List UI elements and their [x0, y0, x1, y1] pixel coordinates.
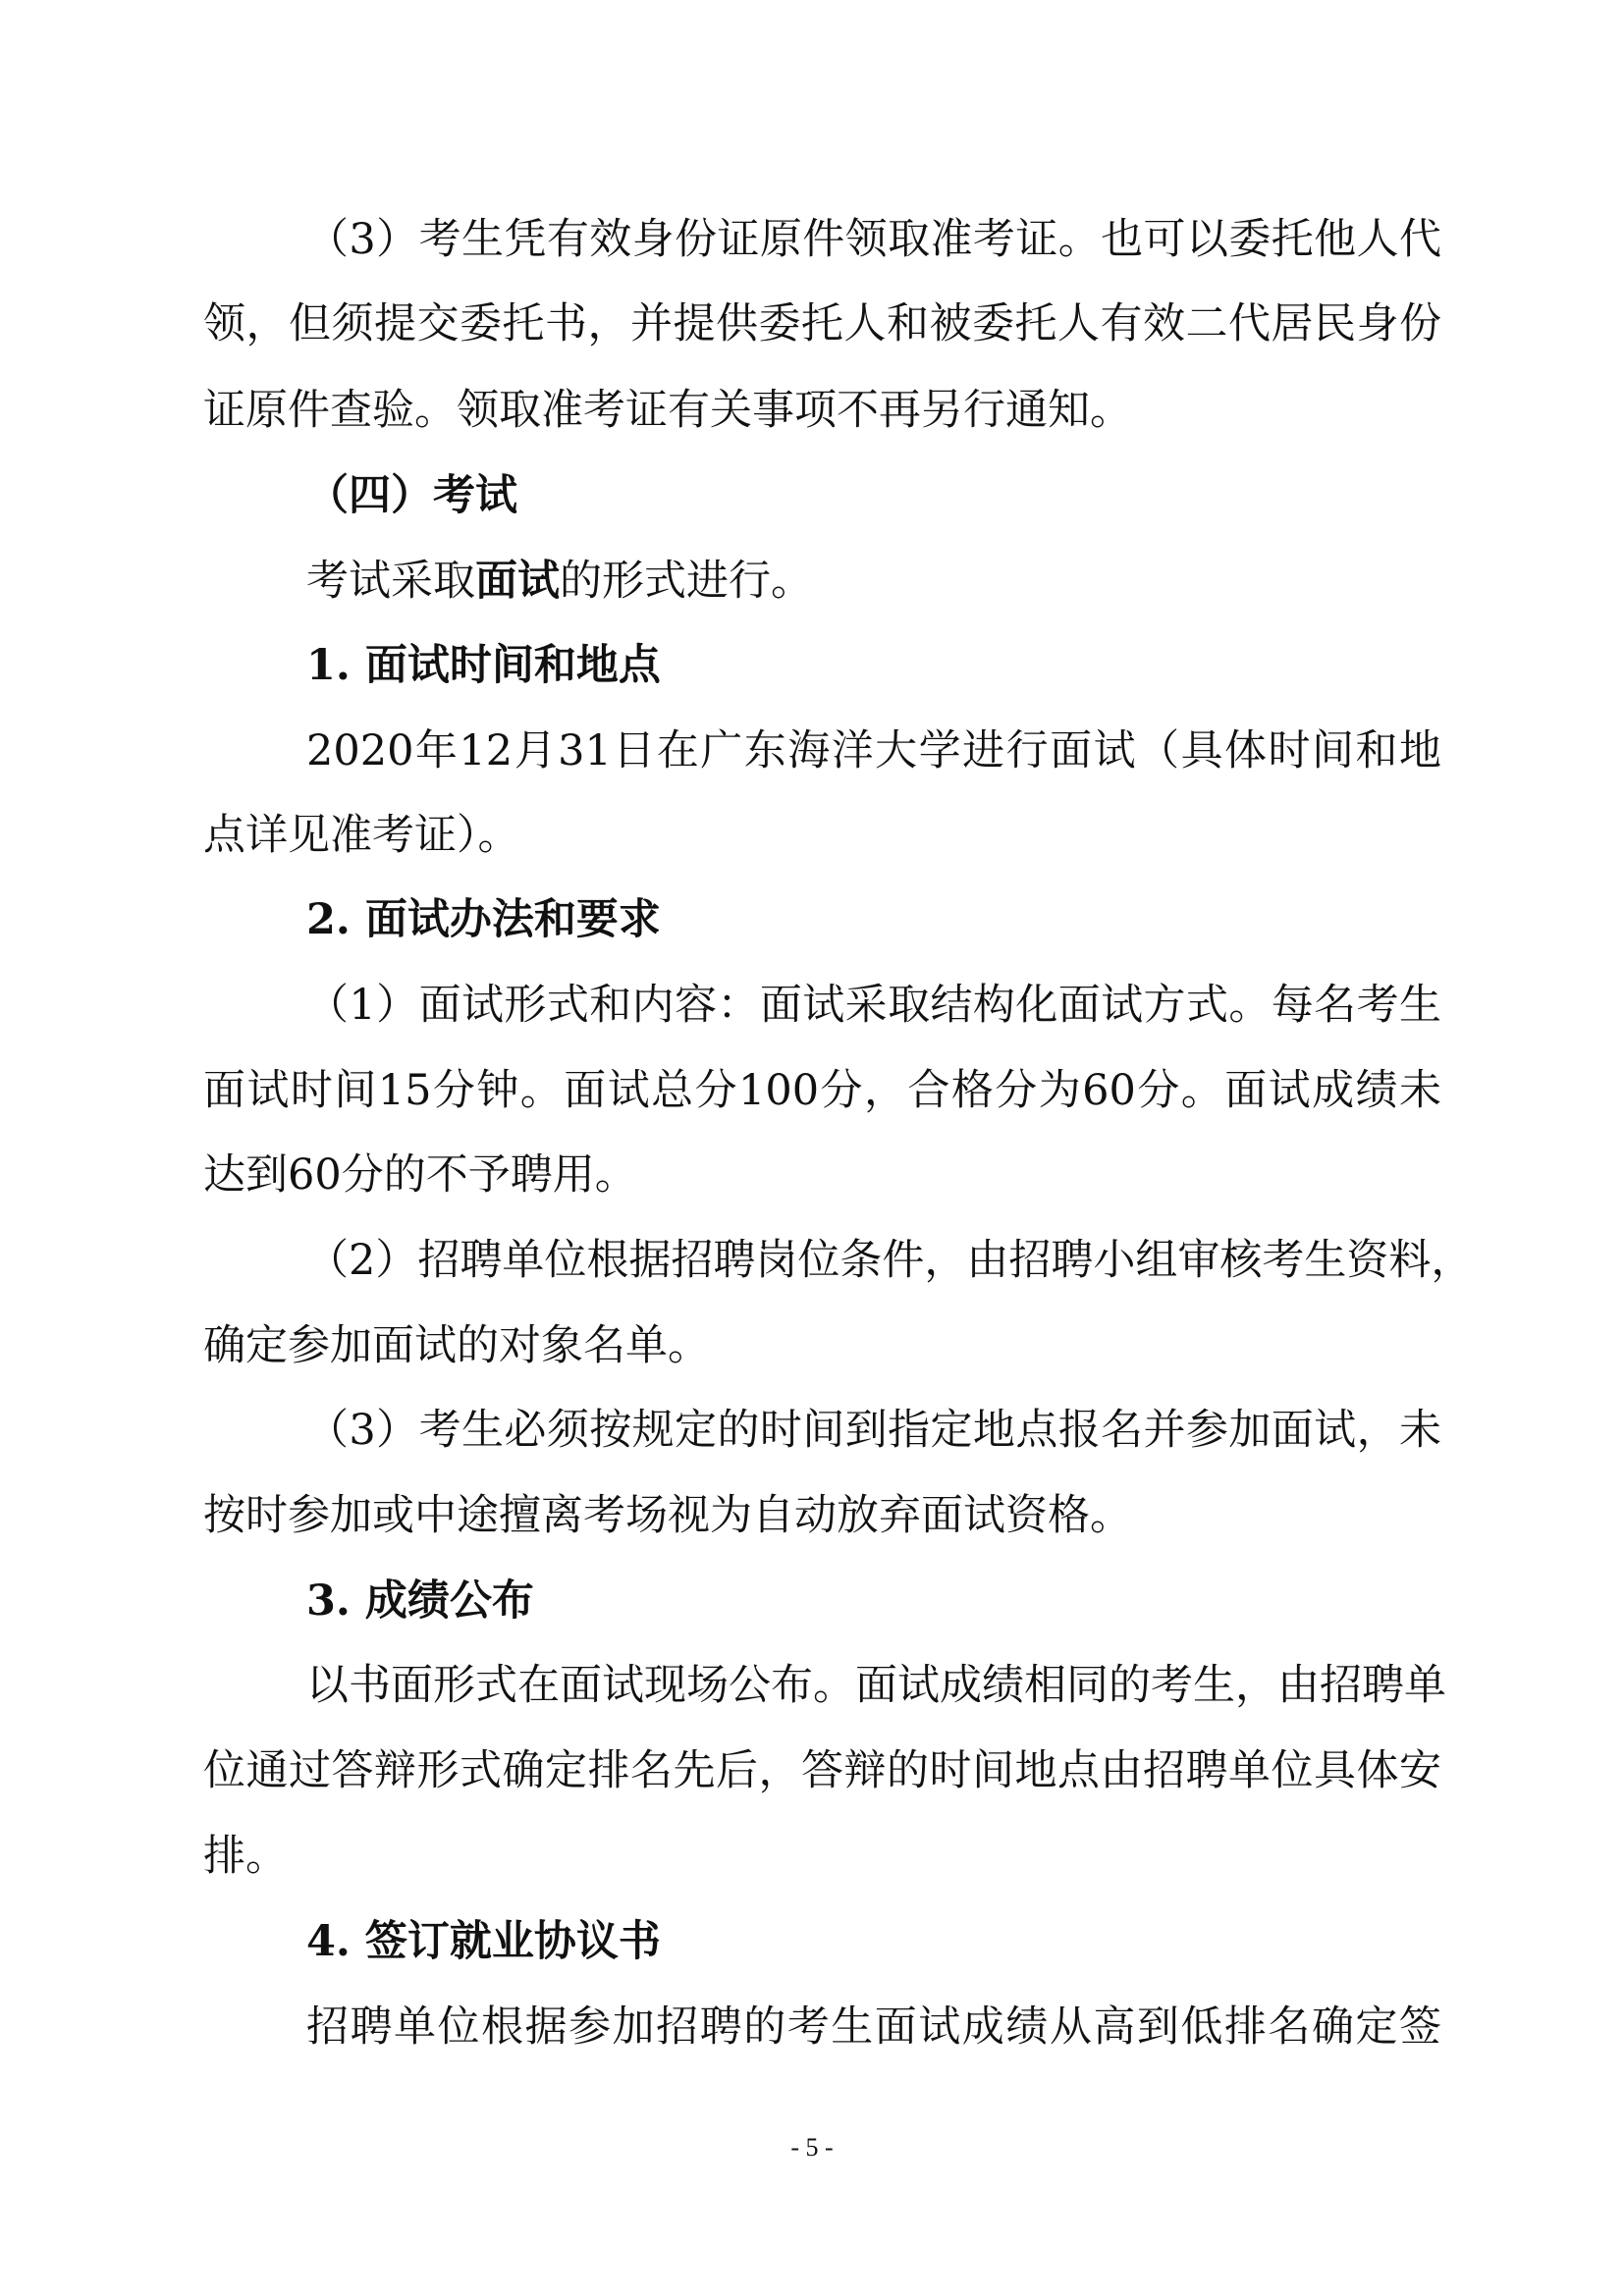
paragraph-line: （2）招聘单位根据招聘岗位条件，由招聘小组审核考生资料， [306, 1231, 1441, 1290]
paragraph-line: 招聘单位根据参加招聘的考生面试成绩从高到低排名确定签 [306, 1998, 1441, 2056]
paragraph-line: 以书面形式在面试现场公布。面试成绩相同的考生，由招聘单 [306, 1656, 1441, 1715]
paragraph-line: 领，但须提交委托书，并提供委托人和被委托人有效二代居民身份 [203, 294, 1441, 353]
paragraph-line: 按时参加或中途擅离考场视为自动放弃面试资格。 [203, 1486, 1441, 1545]
section-heading: （四）考试 [306, 466, 1441, 525]
text-segment: 考试采取 [306, 557, 475, 606]
document-page: （3）考生凭有效身份证原件领取准考证。也可以委托他人代 领，但须提交委托书，并提… [0, 0, 1624, 2296]
subsection-heading: 2. 面试办法和要求 [306, 890, 1441, 949]
paragraph-line: 2020年12月31日在广东海洋大学进行面试（具体时间和地 [306, 721, 1441, 780]
paragraph-line: 确定参加面试的对象名单。 [203, 1316, 1441, 1375]
paragraph-line: 排。 [203, 1827, 1441, 1886]
paragraph-line: 考试采取面试的形式进行。 [306, 552, 1441, 611]
bold-text-segment: 面试 [475, 557, 560, 606]
paragraph-line: （1）面试形式和内容：面试采取结构化面试方式。每名考生 [306, 976, 1441, 1035]
text-segment: 的形式进行。 [560, 557, 813, 606]
subsection-heading: 4. 签订就业协议书 [306, 1912, 1441, 1971]
paragraph-line: 位通过答辩形式确定排名先后，答辩的时间地点由招聘单位具体安 [203, 1741, 1441, 1800]
paragraph-line: 证原件查验。领取准考证有关事项不再另行通知。 [203, 381, 1441, 440]
paragraph-line: （3）考生必须按规定的时间到指定地点报名并参加面试，未 [306, 1401, 1441, 1460]
page-number: - 5 - [763, 2130, 861, 2165]
paragraph-line: （3）考生凭有效身份证原件领取准考证。也可以委托他人代 [306, 210, 1441, 269]
subsection-heading: 1. 面试时间和地点 [306, 636, 1441, 695]
subsection-heading: 3. 成绩公布 [306, 1572, 1441, 1630]
paragraph-line: 达到60分的不予聘用。 [203, 1146, 1441, 1204]
paragraph-line: 面试时间15分钟。面试总分100分，合格分为60分。面试成绩未 [203, 1061, 1441, 1120]
paragraph-line: 点详见准考证）。 [203, 806, 1441, 865]
